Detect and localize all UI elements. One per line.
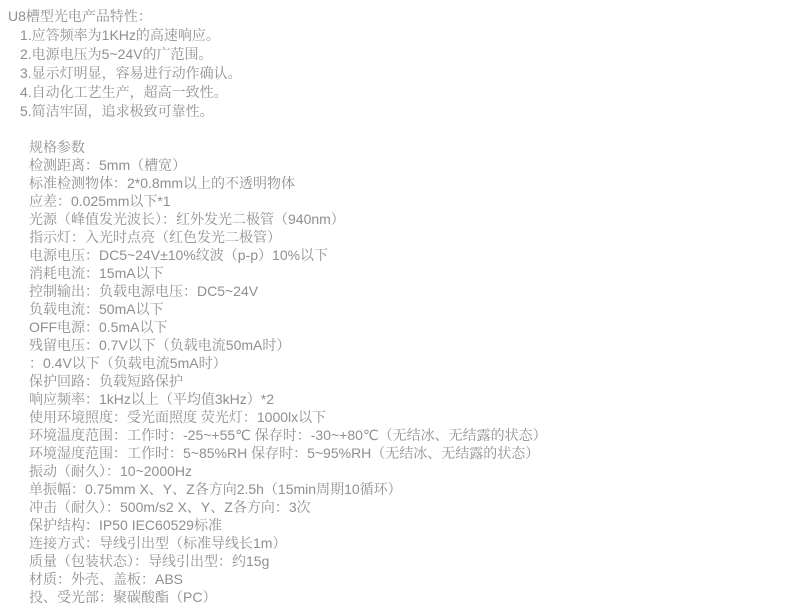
spec-line: 指示灯：入光时点亮（红色发光二极管）: [29, 228, 786, 246]
spec-line: 材质：外壳、盖板：ABS: [29, 570, 786, 588]
spec-line: 使用环境照度：受光面照度 荧光灯：1000lx以下: [29, 408, 786, 426]
spec-line: 控制输出：负载电源电压：DC5~24V: [29, 282, 786, 300]
spec-line: 环境湿度范围：工作时：5~85%RH 保存时：5~95%RH（无结冰、无结露的状…: [29, 444, 786, 462]
spec-line: 环境温度范围：工作时：-25~+55℃ 保存时：-30~+80℃（无结冰、无结露…: [29, 426, 786, 444]
spec-line: OFF电源：0.5mA以下: [29, 318, 786, 336]
spec-line: 振动（耐久）：10~2000Hz: [29, 462, 786, 480]
spec-line: 冲击（耐久）：500m/s2 X、Y、Z各方向：3次: [29, 498, 786, 516]
spec-line: 保护结构：IP50 IEC60529标准: [29, 516, 786, 534]
feature-item: 2.电源电压为5~24V的广范围。: [20, 45, 786, 64]
spec-line: 电源电压：DC5~24V±10%纹波（p-p）10%以下: [29, 246, 786, 264]
spec-line: 负载电流：50mA以下: [29, 300, 786, 318]
spec-line: 响应频率：1kHz以上（平均值3kHz）*2: [29, 390, 786, 408]
feature-item: 4.自动化工艺生产，超高一致性。: [20, 83, 786, 102]
page-title: U8槽型光电产品特性：: [8, 7, 786, 26]
spec-line: 投、受光部：聚碳酸酯（PC）: [29, 588, 786, 606]
feature-item: 3.显示灯明显，容易进行动作确认。: [20, 64, 786, 83]
feature-list: 1.应答频率为1KHz的高速响应。 2.电源电压为5~24V的广范围。 3.显示…: [8, 26, 786, 121]
spec-section: 规格参数 检测距离：5mm（槽宽） 标准检测物体：2*0.8mm以上的不透明物体…: [29, 138, 786, 606]
spec-line: 消耗电流：15mA以下: [29, 264, 786, 282]
feature-item: 1.应答频率为1KHz的高速响应。: [20, 26, 786, 45]
spec-line: 连接方式：导线引出型（标准导线长1m）: [29, 534, 786, 552]
product-spec-document: U8槽型光电产品特性： 1.应答频率为1KHz的高速响应。 2.电源电压为5~2…: [0, 0, 794, 606]
spec-line: 应差：0.025mm以下*1: [29, 192, 786, 210]
spec-line: 检测距离：5mm（槽宽）: [29, 156, 786, 174]
spec-line: 单振幅：0.75mm X、Y、Z各方向2.5h（15min周期10循环）: [29, 480, 786, 498]
spec-line: 保护回路：负载短路保护: [29, 372, 786, 390]
spec-line: 光源（峰值发光波长）：红外发光二极管（940nm）: [29, 210, 786, 228]
feature-item: 5.简洁牢固，追求极致可靠性。: [20, 102, 786, 121]
spec-line: 标准检测物体：2*0.8mm以上的不透明物体: [29, 174, 786, 192]
spec-section-heading: 规格参数: [29, 138, 786, 156]
spec-line: 残留电压：0.7V以下（负载电流50mA时）: [29, 336, 786, 354]
spec-line: 质量（包装状态）：导线引出型：约15g: [29, 552, 786, 570]
spec-line: ：0.4V以下（负载电流5mA时）: [29, 354, 786, 372]
